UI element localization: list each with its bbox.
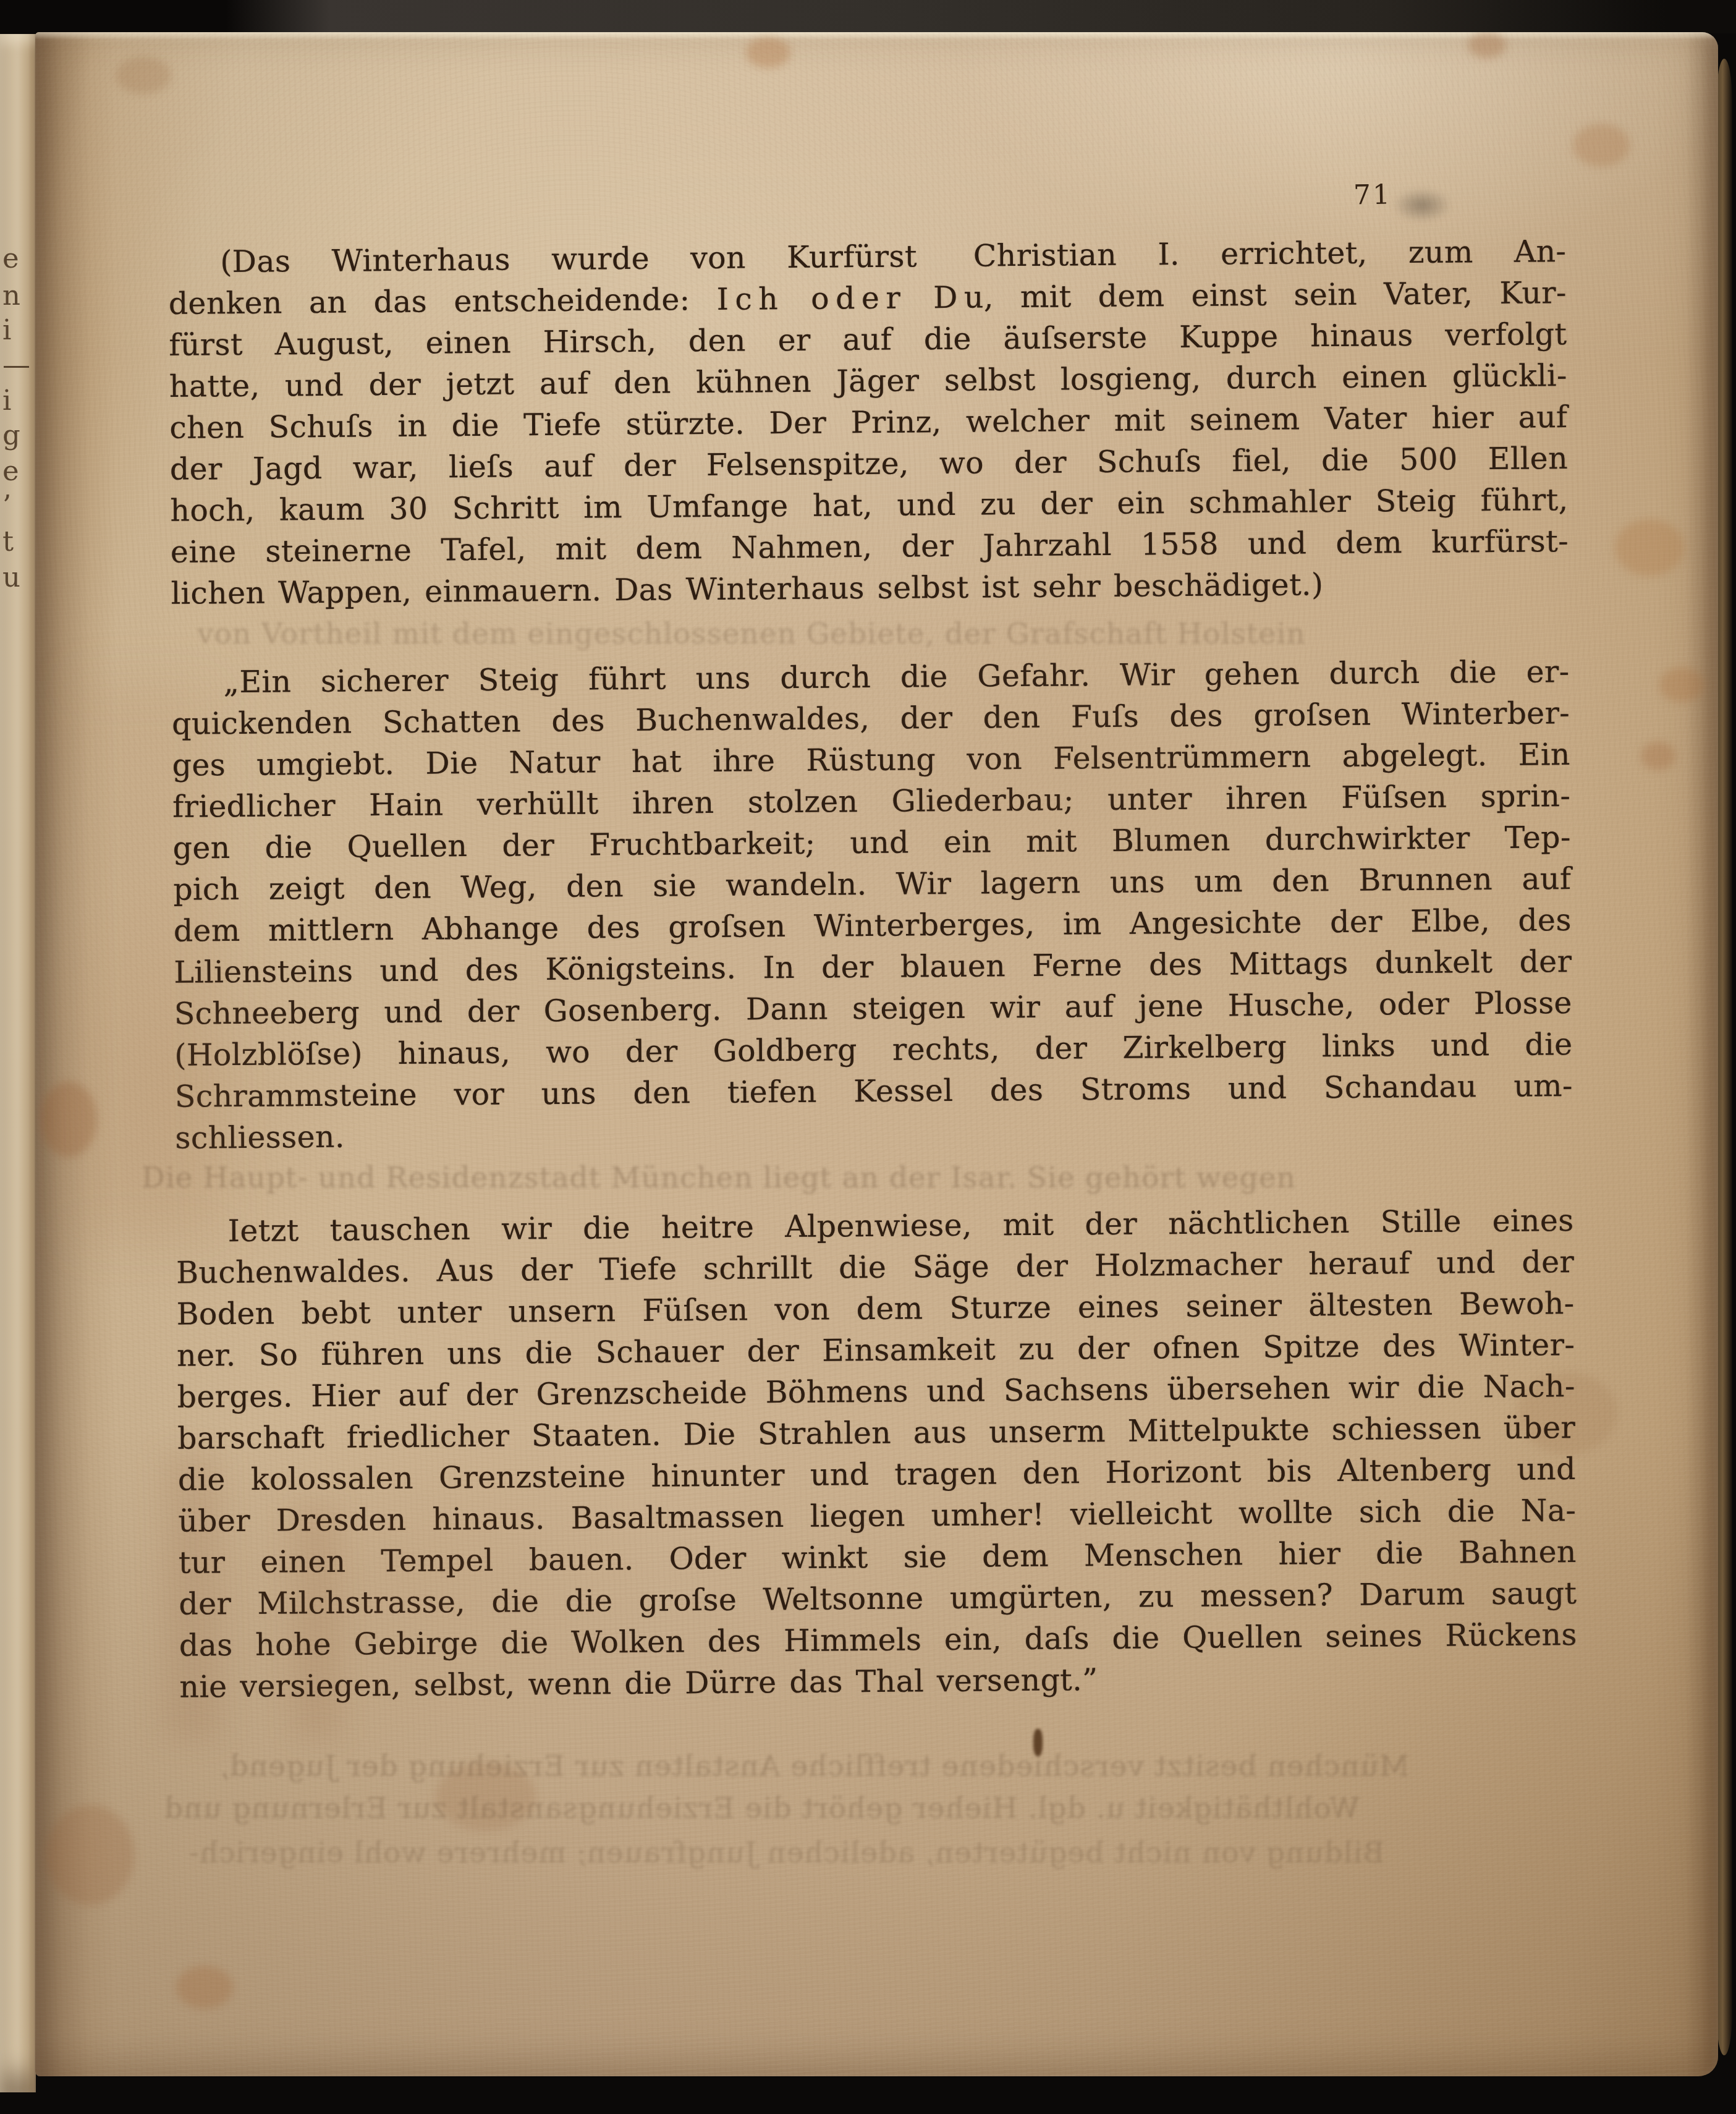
page-edges: [1716, 59, 1732, 2055]
cutoff-letter: ’: [2, 491, 11, 519]
facing-page-edge: e n i — i g e ’ t u: [0, 34, 36, 2092]
paragraph-steig-quote: „Ein sicherer Steig führt uns durch die …: [171, 651, 1573, 1159]
foxing-spot: [1615, 519, 1684, 576]
bleedthrough-line: Bildung von nicht begüterten, adelichen …: [188, 1836, 1384, 1870]
cutoff-letter: g: [2, 421, 20, 449]
cutoff-letter: n: [2, 281, 20, 309]
paragraph-alpenwiese: Ietzt tauschen wir die heitre Alpenwiese…: [176, 1200, 1577, 1708]
page-number: 71: [1353, 179, 1392, 211]
foxing-spot: [1573, 124, 1630, 167]
page-text: (Das Winterhaus wurde von Kurfürst Chris…: [168, 231, 1578, 1708]
foxing-spot: [46, 1805, 134, 1905]
cutoff-letter: e: [2, 457, 19, 485]
book-cover-edge: [0, 0, 1736, 33]
cutoff-letter: e: [2, 244, 19, 272]
gutter-shadow: [35, 32, 116, 2076]
foxing-spot: [436, 1762, 536, 1831]
foxing-spot: [40, 1082, 97, 1157]
bleedthrough-line: München besitzt verschiedene treffliche …: [219, 1749, 1409, 1783]
paragraph-winterhaus-note: (Das Winterhaus wurde von Kurfürst Chris…: [168, 231, 1569, 614]
foxing-spot: [176, 1966, 233, 2009]
page-top-highlight: [35, 32, 1718, 40]
book-scan: e n i — i g e ’ t u 71 (Das Winterh: [0, 0, 1736, 2114]
foxing-spot: [1641, 742, 1675, 770]
cutoff-letter: —: [2, 350, 30, 378]
ink-fleck: [1033, 1729, 1043, 1756]
foxing-spot: [1468, 32, 1506, 58]
foxing-spot: [746, 37, 790, 68]
foxing-spot: [116, 57, 171, 94]
cutoff-letter: u: [2, 563, 20, 591]
bleedthrough-line: Wohlthätigkeit u. dgl. Hieher gehört die…: [164, 1791, 1360, 1825]
cutoff-letter: t: [2, 527, 14, 555]
book-page: 71 (Das Winterhaus wurde von Kurfürst Ch…: [35, 32, 1718, 2076]
page-edge-shadow: [1686, 32, 1718, 2076]
cutoff-letter: i: [2, 386, 11, 414]
foxing-spot: [1659, 668, 1704, 702]
cutoff-letter: i: [2, 316, 11, 344]
ink-smudge: [1392, 188, 1452, 223]
